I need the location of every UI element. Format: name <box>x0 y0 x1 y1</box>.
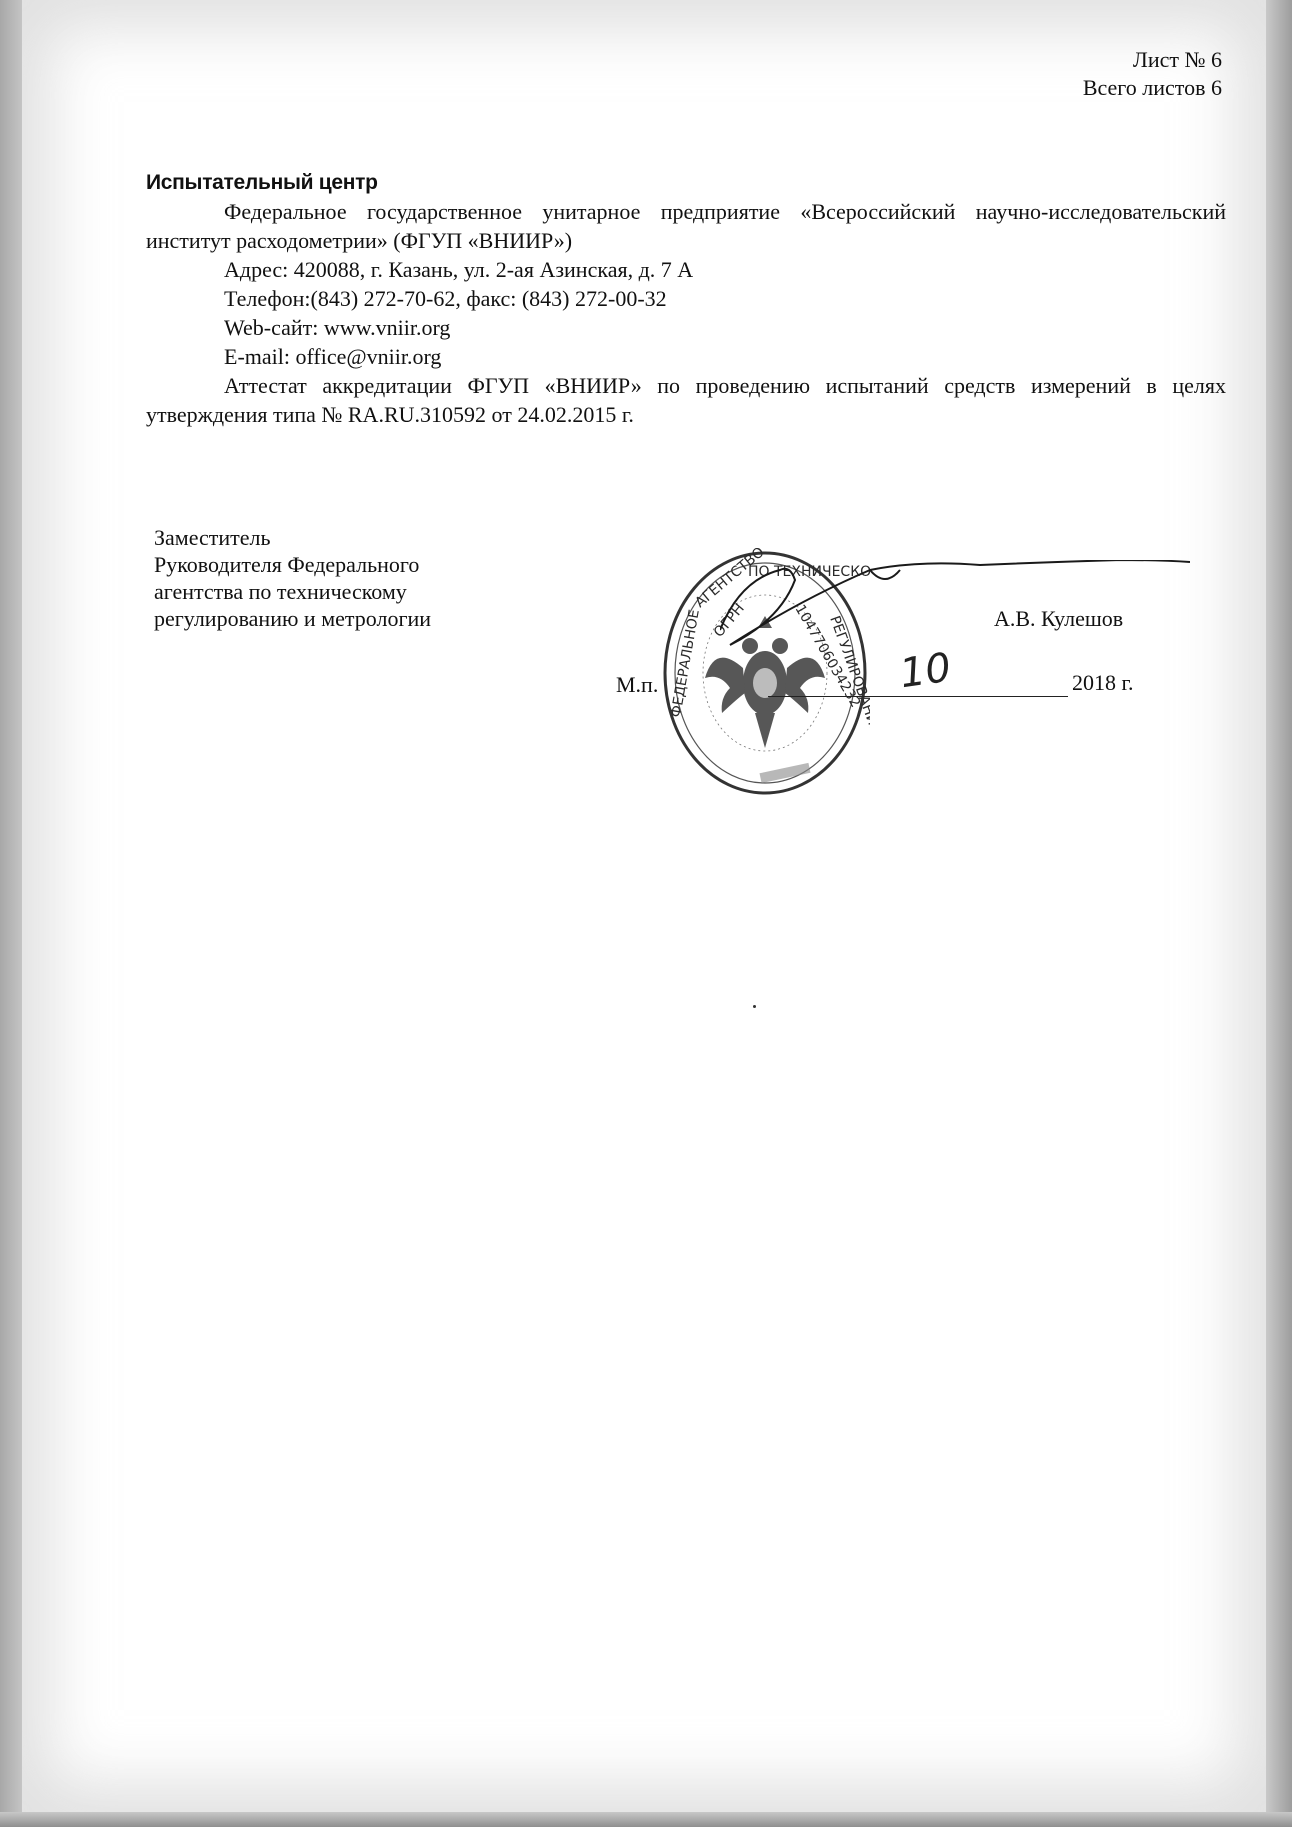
handwritten-signature-icon <box>720 560 1190 680</box>
phone-line: Телефон:(843) 272-70-62, факс: (843) 272… <box>146 284 1226 313</box>
date-year: 2018 г. <box>1072 670 1134 696</box>
total-sheets: Всего листов 6 <box>1083 74 1222 102</box>
seal-place-label: М.п. <box>616 672 658 698</box>
organization-paragraph: Федеральное государственное унитарное пр… <box>146 197 1226 255</box>
test-center-section: Испытательный центр Федеральное государс… <box>146 168 1226 429</box>
address-line: Адрес: 420088, г. Казань, ул. 2-ая Азинс… <box>146 255 1226 284</box>
accreditation-paragraph: Аттестат аккредитации ФГУП «ВНИИР» по пр… <box>146 371 1226 429</box>
sheet-info: Лист № 6 Всего листов 6 <box>1083 46 1222 102</box>
signer-position: Заместитель Руководителя Федерального аг… <box>154 524 431 632</box>
scan-right-edge <box>1266 0 1292 1827</box>
website-line: Web-сайт: www.vniir.org <box>146 313 1226 342</box>
section-title: Испытательный центр <box>146 168 1226 197</box>
position-line: Заместитель <box>154 524 431 551</box>
scan-bottom-edge <box>0 1812 1292 1827</box>
position-line: Руководителя Федерального <box>154 551 431 578</box>
position-line: агентства по техническому <box>154 578 431 605</box>
sheet-number: Лист № 6 <box>1083 46 1222 74</box>
email-line: E-mail: office@vniir.org <box>146 342 1226 371</box>
position-line: регулированию и метрологии <box>154 605 431 632</box>
handwritten-date-day: 10 <box>897 645 954 698</box>
scan-speck <box>753 1005 756 1008</box>
date-underline <box>768 696 1068 697</box>
scan-left-edge <box>0 0 22 1827</box>
